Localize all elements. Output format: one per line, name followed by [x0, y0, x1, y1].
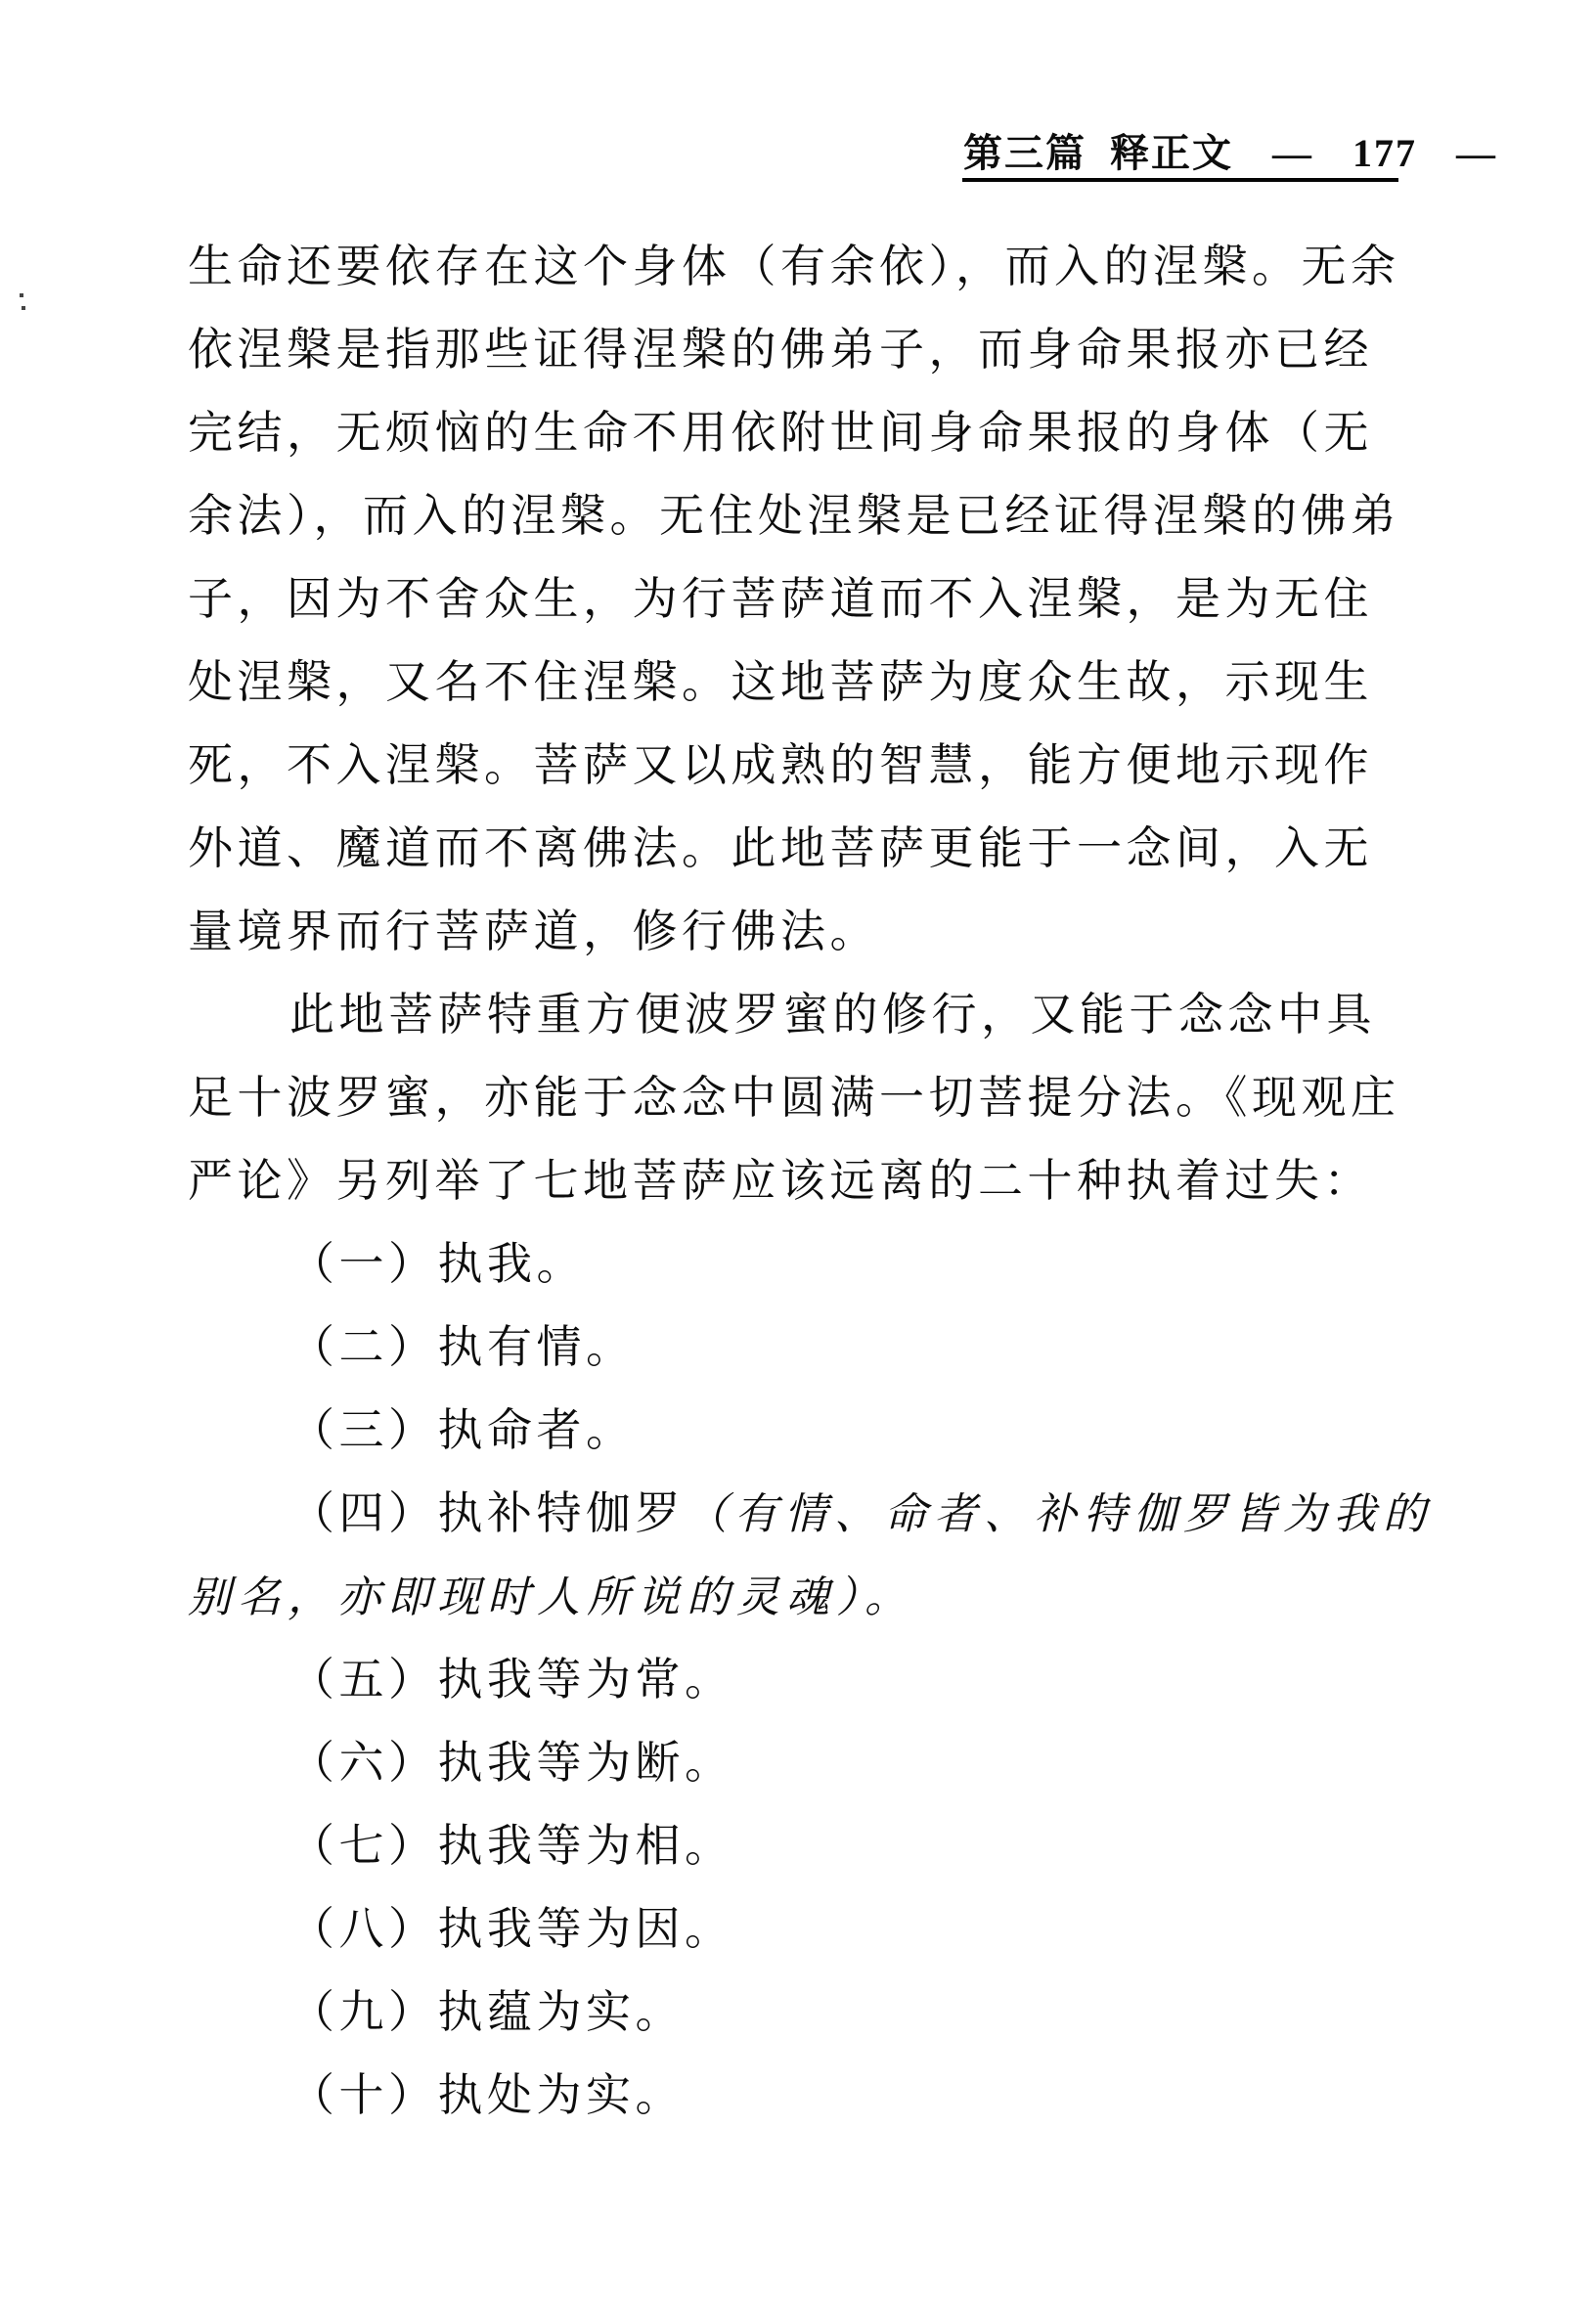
header-page-number: 177 — [1352, 131, 1417, 175]
running-header: 第三篇 释正文 — 177 — — [963, 131, 1513, 176]
text-segment: （一）执我。 — [289, 1239, 586, 1289]
body-line-6: 处涅槃，又名不住涅槃。这地菩萨为度众生故，示现生 — [188, 641, 1418, 724]
body-line-7: 死，不入涅槃。菩萨又以成熟的智慧，能方便地示现作 — [188, 724, 1418, 807]
text-segment: 严论》另列举了七地菩萨应该远离的二十种执着过失： — [188, 1156, 1373, 1206]
scan-artifact-dot — [20, 293, 23, 297]
text-segment: 生命还要依存在这个身体（有余依），而入的涅槃。无余 — [188, 242, 1400, 291]
text-segment: 外道、魔道而不离佛法。此地菩萨更能于一念间，入无 — [188, 823, 1373, 873]
text-segment: （八）执我等为因。 — [289, 1904, 734, 1954]
header-dash-left: — — [1272, 131, 1313, 175]
text-segment: （十）执处为实。 — [289, 2070, 685, 2120]
header-rule — [962, 178, 1398, 182]
body-line-16: （四）执补特伽罗（有情、命者、补特伽罗皆为我的 — [188, 1472, 1418, 1555]
body-line-21: （八）执我等为因。 — [188, 1887, 1418, 1971]
body-line-13: （一）执我。 — [188, 1222, 1418, 1306]
text-segment: 子，因为不舍众生，为行菩萨道而不入涅槃，是为无住 — [188, 574, 1373, 624]
body-line-11: 足十波罗蜜，亦能于念念中圆满一切菩提分法。《现观庄 — [188, 1056, 1418, 1139]
text-segment: 死，不入涅槃。菩萨又以成熟的智慧，能方便地示现作 — [188, 740, 1373, 790]
text-segment-kai: 别名，亦即现时人所说的灵魂）。 — [188, 1573, 914, 1621]
text-segment: 余法），而入的涅槃。无住处涅槃是已经证得涅槃的佛弟 — [188, 491, 1400, 541]
body-line-18: （五）执我等为常。 — [188, 1638, 1418, 1721]
body-line-3: 完结，无烦恼的生命不用依附世间身命果报的身体（无 — [188, 391, 1418, 474]
book-page: 第三篇 释正文 — 177 — 生命还要依存在这个身体（有余依），而入的涅槃。无… — [0, 0, 1596, 2303]
body-text: 生命还要依存在这个身体（有余依），而入的涅槃。无余依涅槃是指那些证得涅槃的佛弟子… — [188, 225, 1418, 2137]
body-line-10: 此地菩萨特重方便波罗蜜的修行，又能于念念中具 — [188, 973, 1418, 1056]
text-segment-kai: （有情、命者、补特伽罗皆为我的 — [685, 1490, 1433, 1538]
text-segment: 足十波罗蜜，亦能于念念中圆满一切菩提分法。《现观庄 — [188, 1073, 1400, 1123]
body-line-2: 依涅槃是指那些证得涅槃的佛弟子，而身命果报亦已经 — [188, 308, 1418, 391]
text-segment: （四）执补特伽罗 — [289, 1488, 685, 1538]
text-segment: （五）执我等为常。 — [289, 1655, 734, 1705]
body-line-23: （十）执处为实。 — [188, 2054, 1418, 2137]
body-line-5: 子，因为不舍众生，为行菩萨道而不入涅槃，是为无住 — [188, 557, 1418, 641]
body-line-20: （七）执我等为相。 — [188, 1804, 1418, 1887]
body-line-15: （三）执命者。 — [188, 1389, 1418, 1472]
text-segment: （七）执我等为相。 — [289, 1821, 734, 1871]
body-line-17: 别名，亦即现时人所说的灵魂）。 — [188, 1555, 1418, 1638]
text-segment: 依涅槃是指那些证得涅槃的佛弟子，而身命果报亦已经 — [188, 325, 1373, 375]
body-line-4: 余法），而入的涅槃。无住处涅槃是已经证得涅槃的佛弟 — [188, 474, 1418, 557]
body-line-14: （二）执有情。 — [188, 1306, 1418, 1389]
text-segment: （三）执命者。 — [289, 1405, 636, 1455]
text-segment: 此地菩萨特重方便波罗蜜的修行，又能于念念中具 — [289, 990, 1376, 1040]
header-dash-right: — — [1456, 131, 1497, 175]
body-line-8: 外道、魔道而不离佛法。此地菩萨更能于一念间，入无 — [188, 807, 1418, 890]
text-segment: 完结，无烦恼的生命不用依附世间身命果报的身体（无 — [188, 408, 1373, 458]
text-segment: （六）执我等为断。 — [289, 1738, 734, 1788]
text-segment: （九）执蕴为实。 — [289, 1987, 685, 2037]
text-segment: （二）执有情。 — [289, 1322, 636, 1372]
body-line-12: 严论》另列举了七地菩萨应该远离的二十种执着过失： — [188, 1139, 1418, 1222]
body-line-19: （六）执我等为断。 — [188, 1721, 1418, 1804]
body-line-9: 量境界而行菩萨道，修行佛法。 — [188, 890, 1418, 973]
scan-artifact-dot — [22, 306, 25, 310]
body-line-22: （九）执蕴为实。 — [188, 1971, 1418, 2054]
text-segment: 量境界而行菩萨道，修行佛法。 — [188, 907, 879, 956]
body-line-1: 生命还要依存在这个身体（有余依），而入的涅槃。无余 — [188, 225, 1418, 308]
header-section-title: 第三篇 释正文 — [963, 131, 1233, 175]
text-segment: 处涅槃，又名不住涅槃。这地菩萨为度众生故，示现生 — [188, 657, 1373, 707]
